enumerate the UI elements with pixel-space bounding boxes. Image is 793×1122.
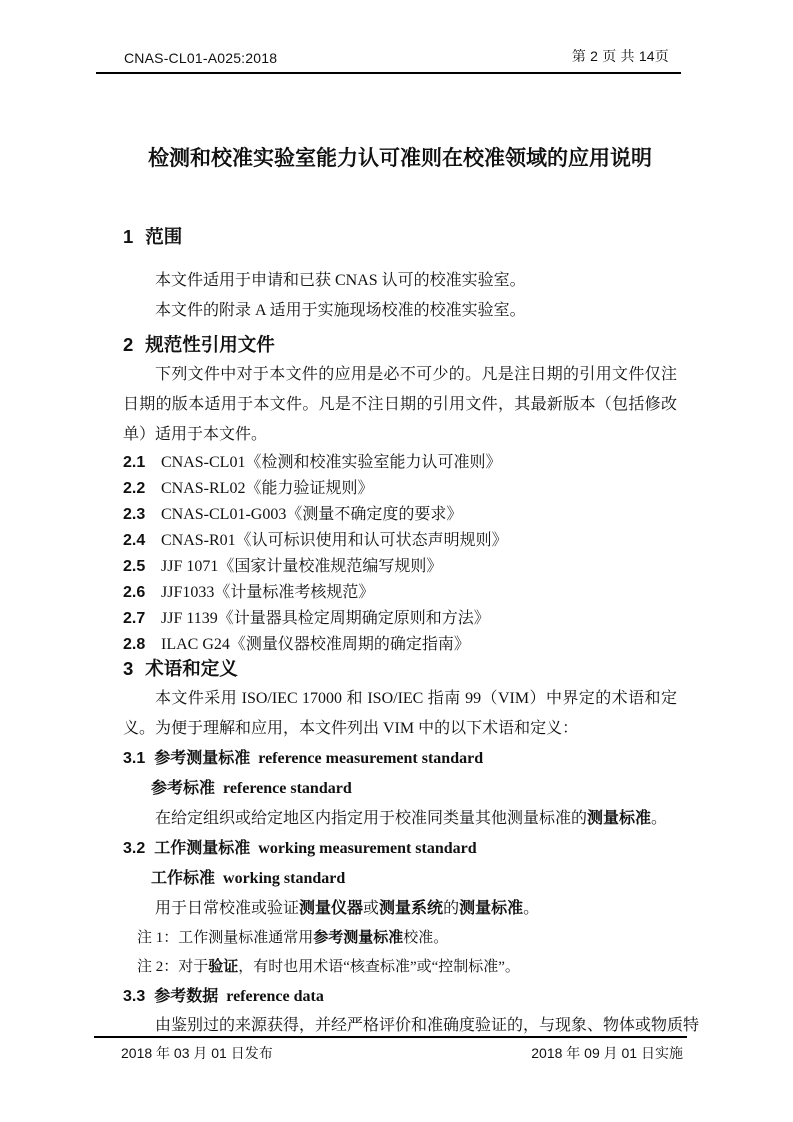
term-3-2-heading: 3.2工作测量标准working measurement standard	[123, 834, 677, 864]
reference-item: 2.6JJF1033《计量标准考核规范》	[123, 580, 677, 606]
section-3-intro-paragraph: 本文件采用 ISO/IEC 17000 和 ISO/IEC 指南 99（VIM）…	[123, 684, 677, 744]
term-alt-name-en: working standard	[223, 870, 345, 887]
reference-item: 2.5JJF 1071《国家计量校准规范编写规则》	[123, 554, 677, 580]
definition-text: 。	[651, 810, 667, 827]
page-footer: 2018 年 03 月 01 日发布 2018 年 09 月 01 日实施	[94, 1036, 687, 1063]
ref-text: CNAS-R01《认可标识使用和认可状态声明规则》	[161, 532, 508, 549]
section-2-heading: 2规范性引用文件	[123, 330, 677, 360]
reference-item: 2.1CNAS-CL01《检测和校准实验室能力认可准则》	[123, 450, 677, 476]
note-bold-term: 验证	[208, 959, 238, 975]
term-3-1-definition: 在给定组织或给定地区内指定用于校准同类量其他测量标准的测量标准。	[123, 804, 677, 834]
document-title: 检测和校准实验室能力认可准则在校准领域的应用说明	[123, 144, 677, 174]
ref-number: 2.3	[123, 502, 161, 528]
ref-number: 2.1	[123, 450, 161, 476]
reference-item: 2.2CNAS-RL02《能力验证规则》	[123, 476, 677, 502]
ref-number: 2.2	[123, 476, 161, 502]
definition-bold-term: 测量标准	[587, 810, 651, 827]
ref-number: 2.7	[123, 606, 161, 632]
section-title: 术语和定义	[145, 658, 238, 679]
term-name-zh: 参考数据	[154, 988, 218, 1005]
definition-bold-term: 测量系统	[379, 900, 443, 917]
term-3-1-alt-heading: 参考标准reference standard	[151, 774, 677, 804]
ref-text: JJF1033《计量标准考核规范》	[161, 584, 374, 601]
definition-text: 用于日常校准或验证	[155, 900, 299, 917]
section-1-heading: 1范围	[123, 222, 677, 252]
term-3-2-alt-heading: 工作标准working standard	[151, 864, 677, 894]
ref-number: 2.6	[123, 580, 161, 606]
ref-number: 2.5	[123, 554, 161, 580]
note-text: ，有时也用术语“核查标准”或“控制标准”。	[238, 959, 520, 975]
note-text: 注 1：工作测量标准通常用	[137, 930, 313, 946]
definition-text: 在给定组织或给定地区内指定用于校准同类量其他测量标准的	[155, 810, 587, 827]
definition-bold-term: 测量仪器	[299, 900, 363, 917]
note-text: 注 2：对于	[137, 959, 208, 975]
term-3-2-definition: 用于日常校准或验证测量仪器或测量系统的测量标准。	[123, 894, 677, 924]
ref-text: CNAS-CL01-G003《测量不确定度的要求》	[161, 506, 462, 523]
reference-item: 2.4CNAS-R01《认可标识使用和认可状态声明规则》	[123, 528, 677, 554]
definition-bold-term: 测量标准	[459, 900, 523, 917]
doc-number: CNAS-CL01-A025:2018	[124, 50, 277, 66]
definition-text: 或	[363, 900, 379, 917]
ref-number: 2.4	[123, 528, 161, 554]
term-name-zh: 参考测量标准	[154, 750, 250, 767]
term-number: 3.2	[123, 840, 145, 857]
term-alt-name-en: reference standard	[223, 780, 352, 797]
paragraph: 本文件的附录 A 适用于实施现场校准的校准实验室。	[123, 296, 677, 326]
section-title: 规范性引用文件	[145, 334, 275, 355]
term-name-zh: 工作测量标准	[154, 840, 250, 857]
document-page: CNAS-CL01-A025:2018 第 2 页 共 14页 检测和校准实验室…	[0, 0, 793, 1122]
term-number: 3.3	[123, 988, 145, 1005]
term-3-2-note-1: 注 1：工作测量标准通常用参考测量标准校准。	[137, 924, 677, 953]
definition-text: 的	[443, 900, 459, 917]
term-name-en: working measurement standard	[258, 840, 476, 857]
section-number: 2	[123, 334, 133, 355]
implementation-date: 2018 年 09 月 01 日实施	[531, 1043, 683, 1063]
paragraph: 本文件适用于申请和已获 CNAS 认可的校准实验室。	[123, 266, 677, 296]
page-number-info: 第 2 页 共 14页	[572, 46, 669, 66]
document-content: 检测和校准实验室能力认可准则在校准领域的应用说明 1范围 本文件适用于申请和已获…	[123, 130, 677, 1040]
section-3-heading: 3术语和定义	[123, 654, 677, 684]
issue-date: 2018 年 03 月 01 日发布	[121, 1043, 273, 1063]
term-3-3-heading: 3.3参考数据reference data	[123, 982, 677, 1012]
ref-text: CNAS-CL01《检测和校准实验室能力认可准则》	[161, 454, 501, 471]
ref-text: CNAS-RL02《能力验证规则》	[161, 480, 373, 497]
term-name-en: reference data	[226, 988, 324, 1005]
term-3-1-heading: 3.1参考测量标准reference measurement standard	[123, 744, 677, 774]
ref-text: JJF 1139《计量器具检定周期确定原则和方法》	[161, 610, 490, 627]
reference-item: 2.3CNAS-CL01-G003《测量不确定度的要求》	[123, 502, 677, 528]
page-header: CNAS-CL01-A025:2018 第 2 页 共 14页	[96, 46, 681, 74]
definition-text: 。	[523, 900, 539, 917]
section-2-intro-paragraph: 下列文件中对于本文件的应用是必不可少的。凡是注日期的引用文件仅注日期的版本适用于…	[123, 360, 677, 450]
term-alt-name-zh: 参考标准	[151, 780, 215, 797]
section-number: 1	[123, 226, 133, 247]
term-name-en: reference measurement standard	[258, 750, 483, 767]
reference-list: 2.1CNAS-CL01《检测和校准实验室能力认可准则》 2.2CNAS-RL0…	[123, 450, 677, 658]
ref-text: ILAC G24《测量仪器校准周期的确定指南》	[161, 636, 470, 653]
definition-text: 由鉴别过的来源获得，并经严格评价和准确度验证的，与现象、物体或物质特	[155, 1017, 699, 1034]
note-text: 校准。	[403, 930, 448, 946]
reference-item: 2.7JJF 1139《计量器具检定周期确定原则和方法》	[123, 606, 677, 632]
term-alt-name-zh: 工作标准	[151, 870, 215, 887]
term-3-2-note-2: 注 2：对于验证，有时也用术语“核查标准”或“控制标准”。	[137, 953, 677, 982]
section-number: 3	[123, 658, 133, 679]
section-title: 范围	[145, 226, 182, 247]
note-bold-term: 参考测量标准	[313, 930, 403, 946]
term-number: 3.1	[123, 750, 145, 767]
ref-text: JJF 1071《国家计量校准规范编写规则》	[161, 558, 442, 575]
